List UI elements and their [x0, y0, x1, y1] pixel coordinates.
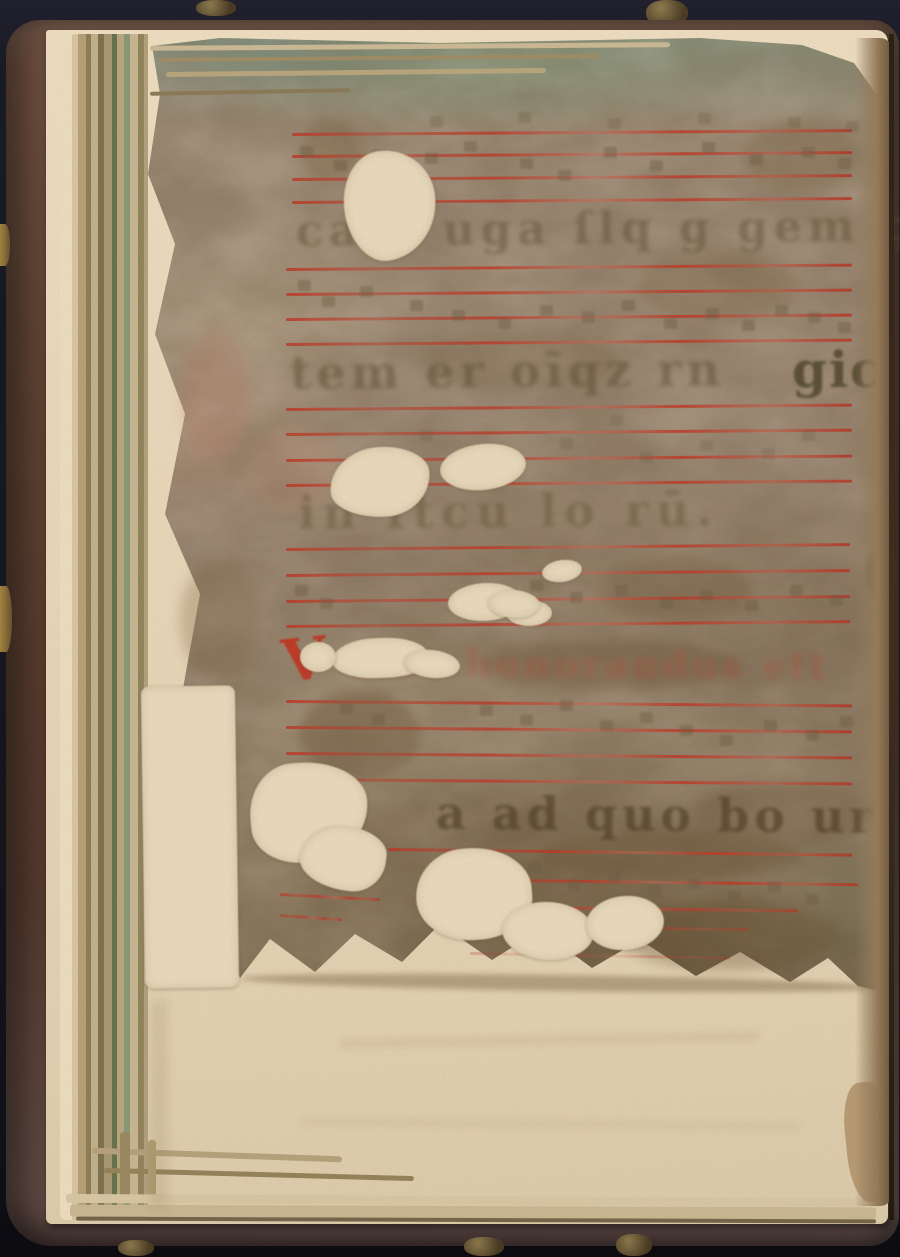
neume-note [742, 320, 755, 331]
neume-note [808, 312, 821, 323]
page-stack [60, 34, 148, 1220]
repair-patch [141, 685, 239, 988]
neume-note [648, 886, 661, 897]
neume-note [750, 154, 763, 165]
neume-note [300, 146, 313, 157]
neume-note [360, 286, 373, 297]
neume-note [608, 118, 621, 129]
neume-note [762, 448, 775, 459]
neume-note [430, 116, 443, 127]
neume-note [640, 452, 653, 463]
neume-note [600, 720, 613, 731]
neume-note [806, 730, 819, 741]
page-stack-strip [91, 34, 98, 1220]
neume-note [838, 322, 851, 333]
neume-note [604, 147, 617, 158]
neume-note [420, 430, 433, 441]
neume-note [806, 894, 819, 905]
neume-note [700, 440, 713, 451]
neume-note [372, 714, 385, 725]
repair-patch [300, 642, 336, 672]
neume-note [498, 318, 511, 329]
neume-note [698, 113, 711, 124]
neume-note [528, 862, 541, 873]
neume-note [775, 305, 788, 316]
neume-note [840, 716, 853, 727]
neume-note [728, 890, 741, 901]
neume-note [558, 170, 571, 181]
leaf-edge-strip [120, 1132, 130, 1202]
manuscript-text-line: tem er oīqz rn [290, 342, 725, 400]
neume-note [610, 415, 623, 426]
neume-note [664, 318, 677, 329]
neume-note [615, 585, 628, 596]
parchment-stain [180, 560, 260, 680]
neume-note [520, 715, 533, 726]
neume-note [745, 600, 758, 611]
neume-note [622, 300, 635, 311]
neume-note [688, 878, 701, 889]
neume-note [640, 712, 653, 723]
page-stack-strip [117, 34, 124, 1220]
neume-note [560, 700, 573, 711]
neume-note [334, 160, 347, 171]
neume-note [720, 735, 733, 746]
neume-note [790, 585, 803, 596]
neume-note [838, 158, 851, 169]
brass-boss [616, 1234, 652, 1256]
parchment-stain [180, 330, 250, 460]
brass-clasp-bump [0, 224, 10, 266]
neume-note [520, 158, 533, 169]
neume-note [295, 585, 308, 596]
page-edge-shadow [889, 34, 894, 1220]
page-stack-strip [104, 34, 112, 1220]
neume-note [680, 725, 693, 736]
neume-note [452, 310, 465, 321]
neume-note [830, 595, 843, 606]
neume-note [764, 720, 777, 731]
neume-note [518, 112, 531, 123]
neume-note [320, 598, 333, 609]
page-stack-strip [78, 34, 86, 1220]
neume-note [464, 141, 477, 152]
page-stack-strip [130, 34, 138, 1220]
neume-note [702, 142, 715, 153]
neume-note [298, 280, 311, 291]
brass-boss [118, 1240, 154, 1256]
brass-clasp-bump [0, 586, 12, 652]
neume-note [660, 598, 673, 609]
neume-note [480, 705, 493, 716]
neume-note [340, 703, 353, 714]
neume-note [425, 153, 438, 164]
neume-note [560, 438, 573, 449]
page-stack-strip [60, 34, 72, 1220]
neume-note [608, 872, 621, 883]
neume-note [410, 300, 423, 311]
leaf-edge-strip [150, 1000, 168, 1210]
neume-note [530, 580, 543, 591]
neume-note [802, 147, 815, 158]
page-right-curl [855, 38, 892, 1206]
manuscript-text-line: a ad quo bo url i [436, 786, 900, 844]
neume-note [768, 882, 781, 893]
brass-boss [464, 1237, 504, 1256]
neume-note [788, 117, 801, 128]
brass-boss [196, 0, 236, 16]
neume-note [322, 296, 335, 307]
neume-note [700, 590, 713, 601]
page-stack-strip [144, 34, 148, 1220]
neume-note [650, 160, 663, 171]
neume-note [568, 880, 581, 891]
neume-note [540, 305, 553, 316]
neume-note [802, 430, 815, 441]
neume-note [706, 308, 719, 319]
neume-note [570, 592, 583, 603]
neume-note [582, 312, 595, 323]
manuscript-photo: ca p uga ſlq g gem qūtem er oīqz rngicin… [0, 0, 900, 1257]
